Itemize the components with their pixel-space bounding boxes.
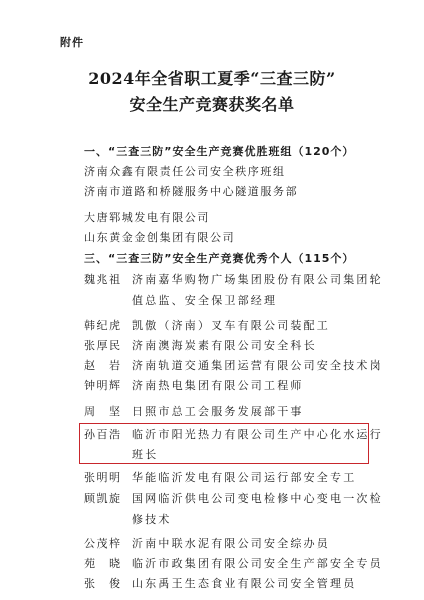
- person-desc: 凯傲（济南）叉车有限公司装配工: [132, 317, 330, 333]
- list-item: 大唐郓城发电有限公司: [84, 209, 210, 225]
- document-title-line2: 安全生产竞赛获奖名单: [0, 92, 424, 115]
- document-title-line1: 2024年全省职工夏季“三查三防”: [0, 66, 424, 89]
- person-desc: 临沂市政集团有限公司安全生产部安全专员: [132, 555, 383, 571]
- person-desc: 山东禹王生态食业有限公司安全管理员: [132, 575, 356, 591]
- person-name: 苑 晓: [84, 555, 122, 571]
- person-desc-highlighted: 班长: [132, 446, 158, 462]
- person-desc: 沂南中联水泥有限公司安全综办员: [132, 535, 330, 551]
- person-name: 韩纪虎: [84, 317, 122, 333]
- person-desc: 修技术: [132, 511, 172, 527]
- person-desc: 华能临沂发电有限公司运行部安全专工: [132, 469, 356, 485]
- person-desc: 日照市总工会服务发展部干事: [132, 403, 304, 419]
- person-name: 周 坚: [84, 403, 122, 419]
- person-name: 赵 岩: [84, 357, 122, 373]
- person-name: 钟明辉: [84, 377, 122, 393]
- person-desc: 国网临沂供电公司变电检修中心变电一次检: [132, 490, 383, 506]
- section1-heading: 一、“三查三防”安全生产竞赛优胜班组（120个）: [84, 143, 354, 159]
- person-desc: 济南澳海炭素有限公司安全科长: [132, 337, 317, 353]
- person-desc: 济南轨道交通集团运营有限公司安全技术岗: [132, 357, 383, 373]
- person-name: 张 俊: [84, 575, 122, 591]
- person-name: 张厚民: [84, 337, 122, 353]
- person-name: 张明明: [84, 469, 122, 485]
- person-name: 顾凯旋: [84, 490, 122, 506]
- section3-heading: 三、“三查三防”安全生产竞赛优秀个人（115个）: [84, 250, 354, 266]
- person-desc-highlighted: 临沂市阳光热力有限公司生产中心化水运行: [132, 426, 383, 442]
- attachment-label: 附件: [60, 34, 84, 50]
- person-name: 公茂梓: [84, 535, 122, 551]
- person-desc: 值总监、安全保卫部经理: [132, 292, 277, 308]
- list-item: 济南众鑫有限责任公司安全秩序班组: [84, 163, 286, 179]
- list-item: 济南市道路和桥隧服务中心隧道服务部: [84, 183, 298, 199]
- person-desc: 济南热电集团有限公司工程师: [132, 377, 304, 393]
- person-name: 魏兆祖: [84, 271, 122, 287]
- person-desc: 济南嘉华购物广场集团股份有限公司集团轮: [132, 271, 383, 287]
- person-name-highlighted: 孙百浩: [84, 426, 122, 442]
- list-item: 山东黄金金创集团有限公司: [84, 229, 235, 245]
